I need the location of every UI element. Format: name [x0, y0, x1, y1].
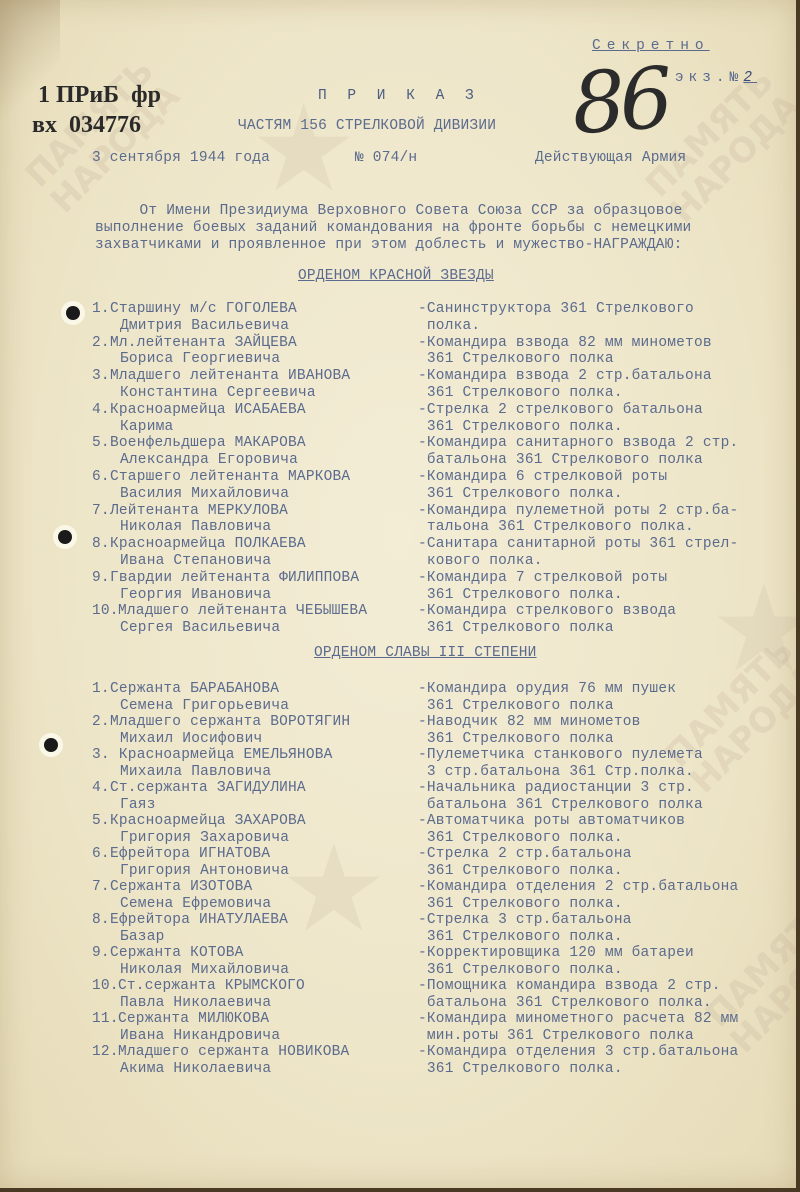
- entry-given-names: Гаяз: [120, 797, 156, 813]
- entry-position: -Командира 6 стрелковой роты: [418, 469, 667, 485]
- entry-position: -Начальника радиостанции 3 стр.: [418, 780, 694, 796]
- preamble-line: выполнение боевых заданий командования н…: [95, 220, 691, 236]
- entry-number: 10.: [92, 978, 119, 994]
- entry-rank-surname: Мл.лейтенанта ЗАЙЦЕВА: [110, 335, 297, 351]
- entry-position: -Командира взвода 2 стр.батальона: [418, 368, 712, 384]
- entry-rank-surname: Гвардии лейтенанта ФИЛИППОВА: [110, 570, 359, 586]
- entry-unit: батальона 361 Стрелкового полка: [418, 797, 703, 813]
- entry-unit: 361 Стрелкового полка.: [418, 385, 623, 401]
- entry-position: -Командира 7 стрелковой роты: [418, 570, 667, 586]
- entry-rank-surname: Младшего лейтенанта ИВАНОВА: [110, 368, 350, 384]
- star-watermark-icon: ★: [280, 820, 388, 959]
- section-heading-red-star: ОРДЕНОМ КРАСНОЙ ЗВЕЗДЫ: [298, 268, 494, 284]
- entry-position: -Командира стрелкового взвода: [418, 603, 676, 619]
- entry-unit: тальона 361 Стрелкового полка.: [418, 519, 694, 535]
- entry-number: 5.: [92, 435, 110, 451]
- section-heading-glory: ОРДЕНОМ СЛАВЫ III СТЕПЕНИ: [314, 645, 537, 661]
- entry-position: -Автоматчика роты автоматчиков: [418, 813, 685, 829]
- entry-position: -Стрелка 2 стрелкового батальона: [418, 402, 703, 418]
- entry-number: 10.: [92, 603, 119, 619]
- entry-unit: 361 Стрелкового полка.: [418, 1061, 623, 1077]
- entry-rank-surname: Ст.сержанта ЗАГИДУЛИНА: [110, 780, 306, 796]
- entry-rank-surname: Сержанта МИЛЮКОВА: [118, 1011, 269, 1027]
- entry-given-names: Павла Николаевича: [120, 995, 271, 1011]
- entry-position: -Пулеметчика станкового пулемета: [418, 747, 703, 763]
- document-title: П Р И К А З: [318, 88, 480, 104]
- entry-rank-surname: Ст.сержанта КРЫМСКОГО: [118, 978, 305, 994]
- entry-given-names: Базар: [120, 929, 165, 945]
- handwritten-number: 86: [569, 49, 670, 153]
- entry-given-names: Константина Сергеевича: [120, 385, 316, 401]
- document-subtitle: ЧАСТЯМ 156 СТРЕЛКОВОЙ ДИВИЗИИ: [238, 118, 496, 134]
- entry-number: 2.: [92, 335, 110, 351]
- entry-position: -Корректировщика 120 мм батареи: [418, 945, 694, 961]
- entry-unit: полка.: [418, 318, 480, 334]
- entry-rank-surname: Красноармейца ЕМЕЛЬЯНОВА: [110, 747, 333, 763]
- entry-given-names: Акима Николаевича: [120, 1061, 271, 1077]
- entry-number: 2.: [92, 714, 110, 730]
- entry-number: 1.: [92, 301, 110, 317]
- entry-number: 6.: [92, 469, 110, 485]
- punch-hole: [66, 306, 80, 320]
- order-date: 3 сентября 1944 года: [92, 150, 270, 166]
- entry-position: -Командира пулеметной роты 2 стр.ба-: [418, 503, 738, 519]
- entry-number: 8.: [92, 536, 110, 552]
- entry-number: 3.: [92, 368, 110, 384]
- entry-unit: 361 Стрелкового полка.: [418, 419, 623, 435]
- entry-position: -Командира отделения 2 стр.батальона: [418, 879, 738, 895]
- entry-unit: 361 Стрелкового полка.: [418, 962, 623, 978]
- entry-rank-surname: Ефрейтора ИГНАТОВА: [110, 846, 270, 862]
- entry-given-names: Дмитрия Васильевича: [120, 318, 289, 334]
- entry-unit: батальона 361 Стрелкового полка: [418, 452, 703, 468]
- entry-unit: 361 Стрелкового полка.: [418, 587, 623, 603]
- entry-rank-surname: Красноармейца ИСАБАЕВА: [110, 402, 306, 418]
- entry-number: 8.: [92, 912, 110, 928]
- document-page: ПАМЯТЬ НАРОДА ПАМЯТЬ НАРОДА ПАМЯТЬ НАРОД…: [0, 0, 796, 1188]
- entry-given-names: Сергея Васильевича: [120, 620, 280, 636]
- entry-rank-surname: Военфельдшера МАКАРОВА: [110, 435, 306, 451]
- entry-number: 11.: [92, 1011, 119, 1027]
- entry-given-names: Бориса Георгиевича: [120, 351, 280, 367]
- entry-unit: 3 стр.батальона 361 Стр.полка.: [418, 764, 694, 780]
- entry-given-names: Михаила Павловича: [120, 764, 271, 780]
- entry-position: -Стрелка 3 стр.батальона: [418, 912, 632, 928]
- entry-rank-surname: Красноармейца ЗАХАРОВА: [110, 813, 306, 829]
- entry-number: 7.: [92, 879, 110, 895]
- entry-unit: 361 Стрелкового полка.: [418, 896, 623, 912]
- entry-rank-surname: Сержанта ИЗОТОВА: [110, 879, 252, 895]
- entry-number: 7.: [92, 503, 110, 519]
- punch-hole: [58, 530, 72, 544]
- entry-number: 5.: [92, 813, 110, 829]
- entry-number: 9.: [92, 570, 110, 586]
- watermark: ПАМЯТЬ НАРОДА: [699, 892, 796, 1060]
- entry-given-names: Михаил Иосифович: [120, 731, 262, 747]
- entry-rank-surname: Старшину м/с ГОГОЛЕВА: [110, 301, 297, 317]
- entry-number: 6.: [92, 846, 110, 862]
- entry-number: 9.: [92, 945, 110, 961]
- entry-position: -Командира санитарного взвода 2 стр.: [418, 435, 738, 451]
- entry-given-names: Семена Григорьевича: [120, 698, 289, 714]
- order-number: № 074/н: [355, 150, 417, 166]
- entry-given-names: Ивана Никандровича: [120, 1028, 280, 1044]
- entry-rank-surname: Лейтенанта МЕРКУЛОВА: [110, 503, 288, 519]
- entry-rank-surname: Сержанта БАРАБАНОВА: [110, 681, 279, 697]
- entry-rank-surname: Младшего лейтенанта ЧЕБЫШЕВА: [118, 603, 367, 619]
- entry-unit: 361 Стрелкового полка.: [418, 486, 623, 502]
- star-watermark-icon: ★: [710, 560, 796, 699]
- entry-unit: мин.роты 361 Стрелкового полка: [418, 1028, 694, 1044]
- entry-given-names: Ивана Степановича: [120, 553, 271, 569]
- entry-position: -Командира взвода 82 мм минометов: [418, 335, 712, 351]
- entry-number: 1.: [92, 681, 110, 697]
- entry-given-names: Николая Павловича: [120, 519, 271, 535]
- entry-given-names: Василия Михайловича: [120, 486, 289, 502]
- entry-unit: 361 Стрелкового полка: [418, 620, 614, 636]
- entry-unit: 361 Стрелкового полка: [418, 351, 614, 367]
- entry-rank-surname: Красноармейца ПОЛКАЕВА: [110, 536, 306, 552]
- preamble-line: захватчиками и проявленное при этом добл…: [95, 237, 683, 253]
- entry-position: -Командира орудия 76 мм пушек: [418, 681, 676, 697]
- preamble-line: От Имени Президиума Верховного Совета Со…: [95, 203, 683, 219]
- entry-position: -Командира минометного расчета 82 мм: [418, 1011, 738, 1027]
- entry-given-names: Григория Антоновича: [120, 863, 289, 879]
- entry-given-names: Николая Михайловича: [120, 962, 289, 978]
- entry-given-names: Георгия Ивановича: [120, 587, 271, 603]
- entry-number: 12.: [92, 1044, 119, 1060]
- entry-number: 4.: [92, 780, 110, 796]
- entry-given-names: Семена Ефремовича: [120, 896, 271, 912]
- entry-rank-surname: Сержанта КОТОВА: [110, 945, 244, 961]
- entry-rank-surname: Младшего сержанта ВОРОТЯГИН: [110, 714, 350, 730]
- entry-unit: 361 Стрелкового полка: [418, 698, 614, 714]
- registry-stamp-line1: 1 ПРиБ фр: [38, 82, 161, 109]
- entry-position: -Санитара санитарной роты 361 стрел-: [418, 536, 738, 552]
- entry-unit: 361 Стрелкового полка.: [418, 863, 623, 879]
- entry-unit: 361 Стрелкового полка: [418, 731, 614, 747]
- copy-label-text: экз.№: [675, 70, 744, 86]
- entry-given-names: Александра Егоровича: [120, 452, 298, 468]
- entry-position: -Помощника командира взвода 2 стр.: [418, 978, 721, 994]
- copy-number: 2: [743, 70, 757, 86]
- entry-number: 3.: [92, 747, 110, 763]
- entry-position: -Наводчик 82 мм минометов: [418, 714, 641, 730]
- entry-rank-surname: Младшего сержанта НОВИКОВА: [118, 1044, 349, 1060]
- entry-number: 4.: [92, 402, 110, 418]
- entry-unit: кового полка.: [418, 553, 543, 569]
- entry-position: -Стрелка 2 стр.батальона: [418, 846, 632, 862]
- entry-given-names: Карима: [120, 419, 173, 435]
- registry-stamp-line2: вх 034776: [32, 112, 141, 139]
- entry-rank-surname: Старшего лейтенанта МАРКОВА: [110, 469, 350, 485]
- entry-unit: 361 Стрелкового полка.: [418, 929, 623, 945]
- entry-position: -Санинструктора 361 Стрелкового: [418, 301, 694, 317]
- entry-rank-surname: Ефрейтора ИНАТУЛАЕВА: [110, 912, 288, 928]
- entry-unit: батальона 361 Стрелкового полка.: [418, 995, 712, 1011]
- punch-hole: [44, 738, 58, 752]
- entry-given-names: Григория Захаровича: [120, 830, 289, 846]
- entry-position: -Командира отделения 3 стр.батальона: [418, 1044, 738, 1060]
- entry-unit: 361 Стрелкового полка.: [418, 830, 623, 846]
- order-location: Действующая Армия: [535, 150, 686, 166]
